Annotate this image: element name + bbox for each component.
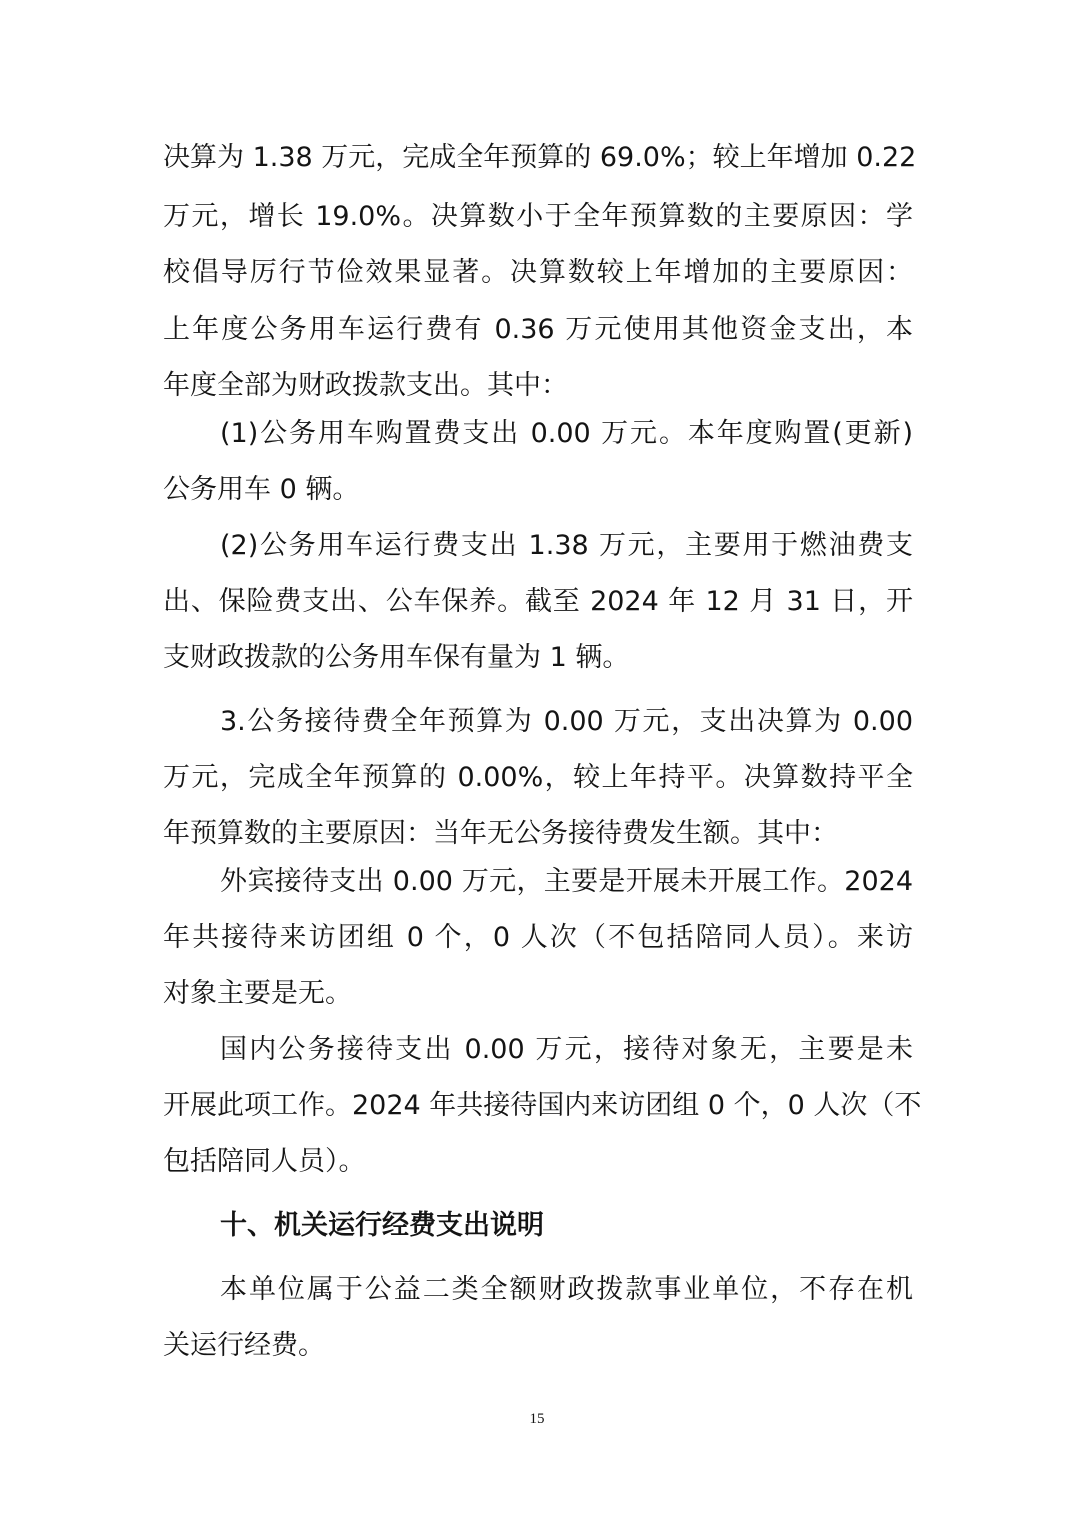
paragraph-line: 外宾接待支出 0.00 万元，主要是开展未开展工作。2024 bbox=[220, 865, 913, 899]
paragraph-line: 关运行经费。 bbox=[163, 1329, 913, 1363]
page-number: 15 bbox=[0, 1409, 1074, 1429]
paragraph-line: 3.公务接待费全年预算为 0.00 万元，支出决算为 0.00 bbox=[220, 705, 913, 739]
paragraph-line: 出、保险费支出、公车保养。截至 2024 年 12 月 31 日，开 bbox=[163, 585, 913, 619]
paragraph-line: 万元，增长 19.0%。决算数小于全年预算数的主要原因：学 bbox=[163, 200, 913, 234]
paragraph-line: 国内公务接待支出 0.00 万元，接待对象无，主要是未 bbox=[220, 1033, 913, 1067]
paragraph-line: 对象主要是无。 bbox=[163, 977, 913, 1011]
paragraph-line: 年度全部为财政拨款支出。其中： bbox=[163, 369, 913, 403]
paragraph-line: 开展此项工作。2024 年共接待国内来访团组 0 个，0 人次（不 bbox=[163, 1089, 913, 1123]
paragraph-line: 万元，完成全年预算的 0.00%，较上年持平。决算数持平全 bbox=[163, 761, 913, 795]
paragraph-line: 包括陪同人员）。 bbox=[163, 1145, 913, 1179]
section-heading: 十、机关运行经费支出说明 bbox=[220, 1209, 544, 1243]
paragraph-line: 支财政拨款的公务用车保有量为 1 辆。 bbox=[163, 641, 913, 675]
paragraph-line: 校倡导厉行节俭效果显著。决算数较上年增加的主要原因： bbox=[163, 256, 913, 290]
paragraph-line: 上年度公务用车运行费有 0.36 万元使用其他资金支出，本 bbox=[163, 313, 913, 347]
paragraph-line: 本单位属于公益二类全额财政拨款事业单位，不存在机 bbox=[220, 1273, 913, 1307]
paragraph-line: 决算为 1.38 万元，完成全年预算的 69.0%；较上年增加 0.22 bbox=[163, 141, 913, 175]
document-page: 决算为 1.38 万元，完成全年预算的 69.0%；较上年增加 0.22 万元，… bbox=[0, 0, 1074, 1520]
paragraph-line: (2)公务用车运行费支出 1.38 万元，主要用于燃油费支 bbox=[220, 529, 913, 563]
paragraph-line: 公务用车 0 辆。 bbox=[163, 473, 913, 507]
paragraph-line: (1)公务用车购置费支出 0.00 万元。本年度购置(更新) bbox=[220, 417, 913, 451]
paragraph-line: 年预算数的主要原因：当年无公务接待费发生额。其中： bbox=[163, 817, 913, 851]
paragraph-line: 年共接待来访团组 0 个，0 人次（不包括陪同人员）。来访 bbox=[163, 921, 913, 955]
